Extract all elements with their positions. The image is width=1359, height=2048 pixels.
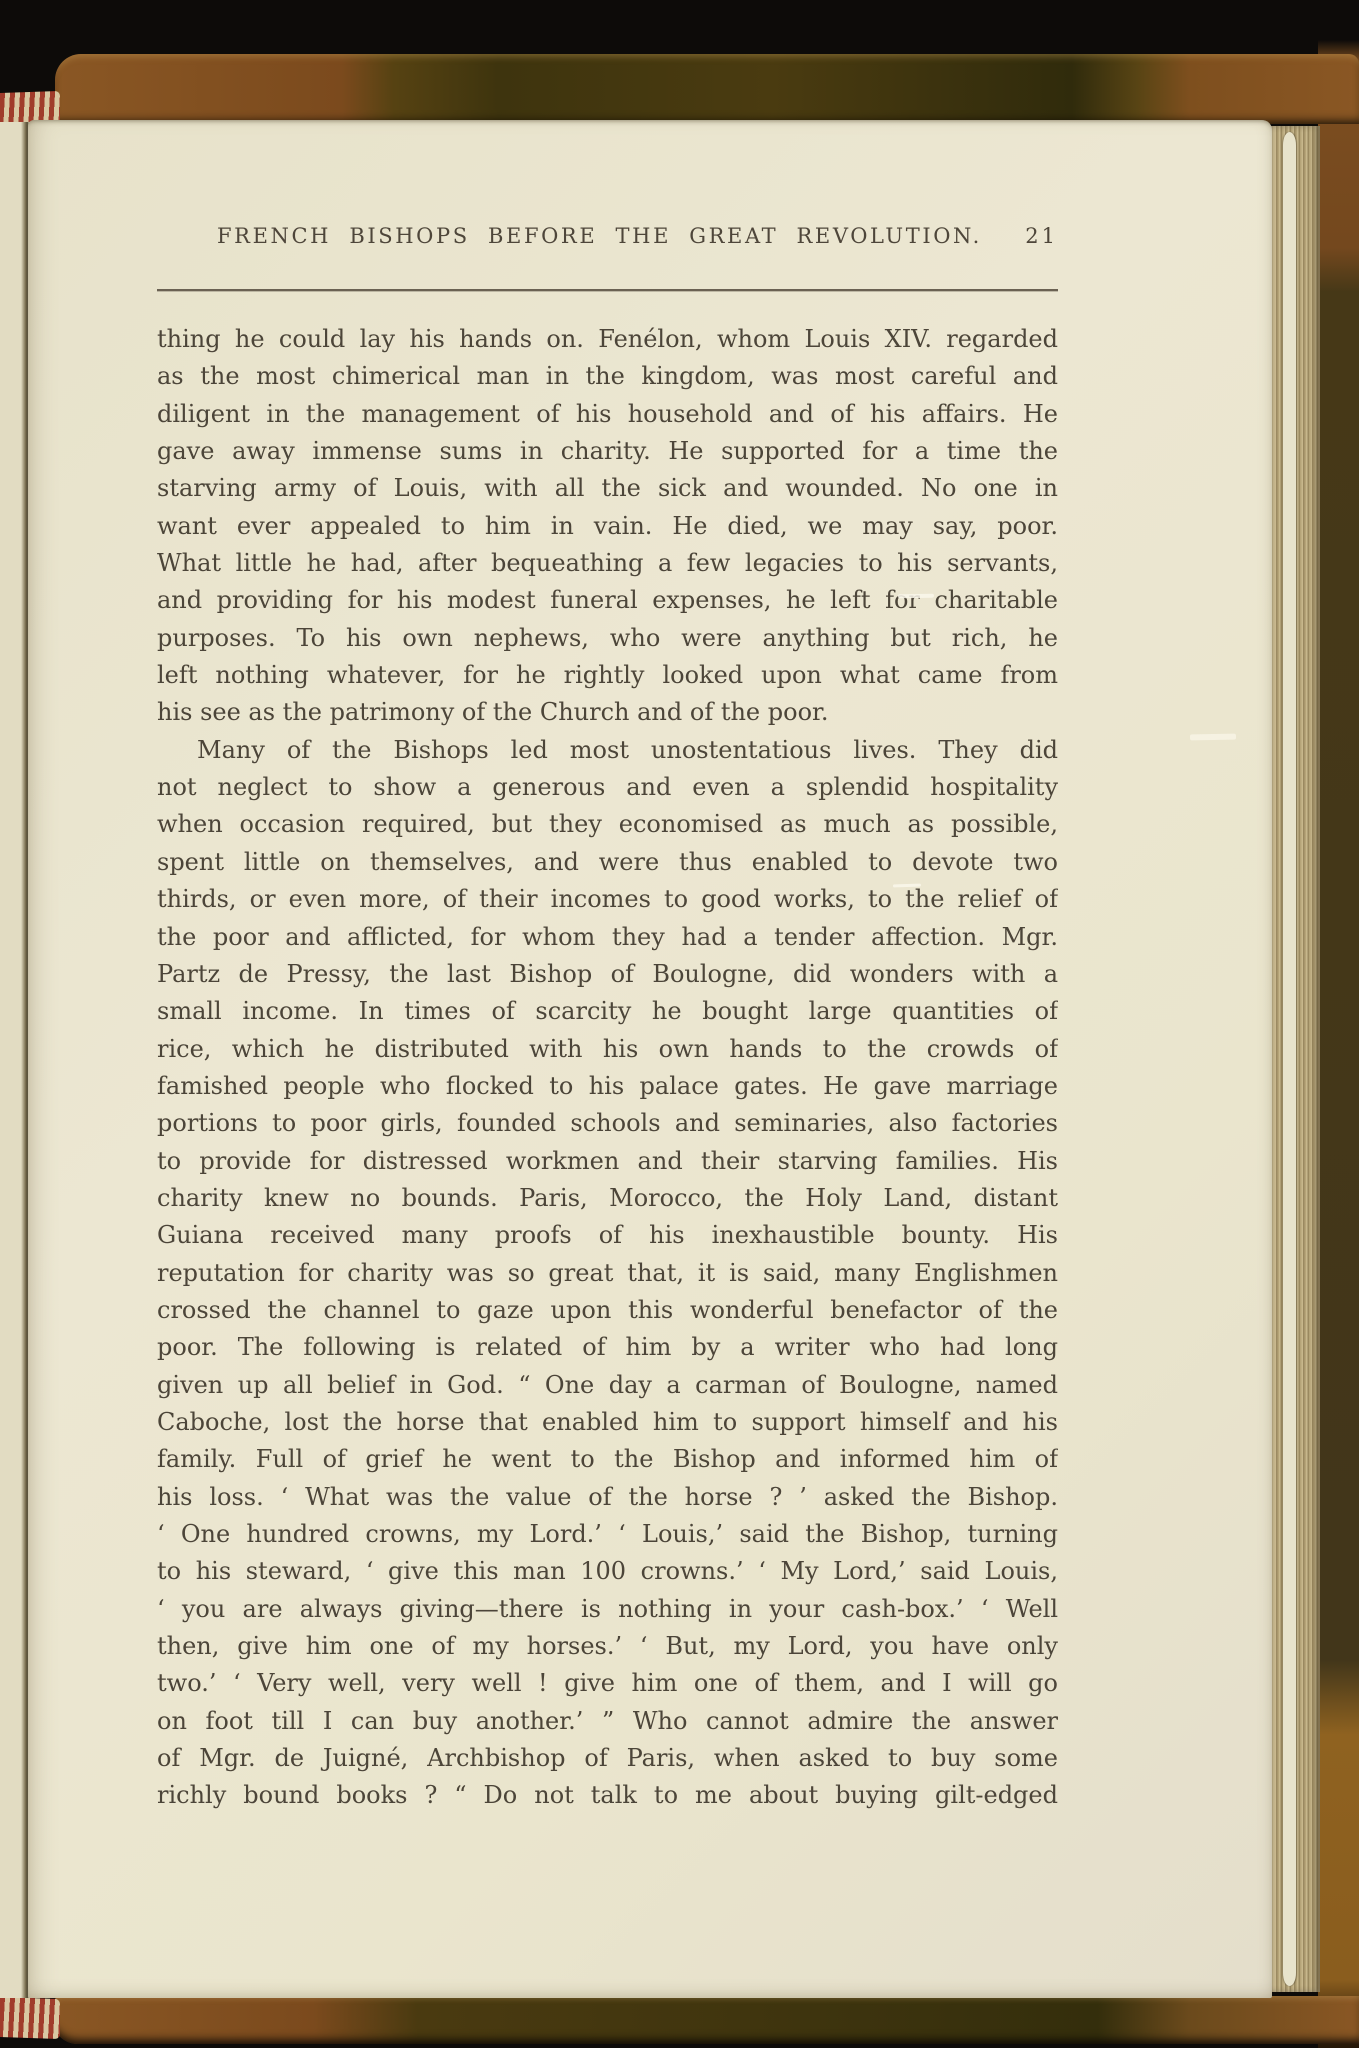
text-line: rice, which he distributed with his own … [157,1031,1058,1068]
text-line: Guiana received many proofs of his inexh… [157,1217,1058,1254]
text-line: crossed the channel to gaze upon this wo… [157,1292,1058,1329]
headband-bottom [0,1997,60,2039]
page-body-text: thing he could lay his hands on. Fenélon… [157,321,1058,1815]
text-line: Caboche, lost the horse that enabled him… [157,1404,1058,1441]
text-line: his loss. ‘ What was the value of the ho… [157,1479,1058,1516]
running-head: FRENCH BISHOPS BEFORE THE GREAT REVOLUTI… [157,224,1058,256]
text-line: purposes. To his own nephews, who were a… [157,620,1058,657]
text-line: to provide for distressed workmen and th… [157,1143,1058,1180]
bottom-leather-band [52,1996,1359,2044]
text-line: of Mgr. de Juigné, Archbishop of Paris, … [157,1740,1058,1777]
text-line: ‘ you are always giving—there is nothing… [157,1591,1058,1628]
text-line: when occasion required, but they economi… [157,806,1058,843]
paper-scratch [1190,734,1236,741]
text-line: family. Full of grief he went to the Bis… [157,1441,1058,1478]
text-line: on foot till I can buy another.’ ” Who c… [157,1703,1058,1740]
protruding-page-edge [1283,132,1296,1986]
text-line: the poor and afflicted, for whom they ha… [157,919,1058,956]
text-line: two.’ ‘ Very well, very well ! give him … [157,1665,1058,1702]
paper-scratch [898,594,934,599]
text-line: given up all belief in God. “ One day a … [157,1367,1058,1404]
text-line: want ever appealed to him in vain. He di… [157,508,1058,545]
text-line: gave away immense sums in charity. He su… [157,433,1058,470]
text-line: starving army of Louis, with all the sic… [157,470,1058,507]
text-line: charity knew no bounds. Paris, Morocco, … [157,1180,1058,1217]
text-line: then, give him one of my horses.’ ‘ But,… [157,1628,1058,1665]
text-line: left nothing whatever, for he rightly lo… [157,657,1058,694]
top-leather-band [55,54,1359,124]
text-line: to his steward, ‘ give this man 100 crow… [157,1553,1058,1590]
running-title: FRENCH BISHOPS BEFORE THE GREAT REVOLUTI… [217,224,982,248]
book-page: FRENCH BISHOPS BEFORE THE GREAT REVOLUTI… [28,120,1272,1998]
text-line: as the most chimerical man in the kingdo… [157,358,1058,395]
text-line: thirds, or even more, of their incomes t… [157,881,1058,918]
text-line: reputation for charity was so great that… [157,1255,1058,1292]
book-photo: FRENCH BISHOPS BEFORE THE GREAT REVOLUTI… [0,0,1359,2048]
text-line: his see as the patrimony of the Church a… [157,694,1058,731]
text-line: Many of the Bishops led most unostentati… [157,732,1058,769]
text-line: thing he could lay his hands on. Fenélon… [157,321,1058,358]
page-number: 21 [1025,224,1058,248]
text-line: poor. The following is related of him by… [157,1329,1058,1366]
header-rule [157,289,1058,291]
text-line: and providing for his modest funeral exp… [157,582,1058,619]
text-line: richly bound books ? “ Do not talk to me… [157,1777,1058,1814]
text-line: portions to poor girls, founded schools … [157,1105,1058,1142]
text-line: Partz de Pressy, the last Bishop of Boul… [157,956,1058,993]
text-line: not neglect to show a generous and even … [157,769,1058,806]
text-line: What little he had, after bequeathing a … [157,545,1058,582]
book-cover-edge [1318,0,1359,2048]
text-line: small income. In times of scarcity he bo… [157,993,1058,1030]
text-line: famished people who flocked to his palac… [157,1068,1058,1105]
text-line: diligent in the management of his househ… [157,396,1058,433]
text-line: ‘ One hundred crowns, my Lord.’ ‘ Louis,… [157,1516,1058,1553]
text-line: spent little on themselves, and were thu… [157,844,1058,881]
